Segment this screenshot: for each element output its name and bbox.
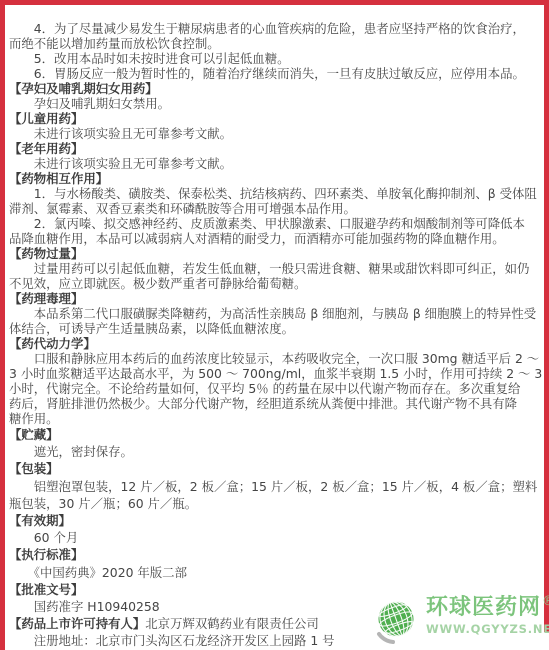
logo-name: 环球医药网: [426, 596, 541, 620]
document-line: 未进行该项实验且无可靠参考文献。: [9, 156, 539, 171]
section-heading: 【包装】: [9, 461, 59, 476]
document-line: 3 小时血浆糖适平达最高水平，为 500 ～ 700ng/ml，血浆半衰期 1.…: [9, 366, 539, 381]
document-line: 品降血糖作用，本品可以减弱病人对酒精的耐受力，而酒精亦可能加强药物的降血糖作用。: [9, 231, 539, 246]
document-line: 未进行该项实验且无可靠参考文献。: [9, 126, 539, 141]
document-line: 【药理毒理】: [9, 291, 539, 306]
document-line: 【老年用药】: [9, 141, 539, 156]
document-lines: 4．为了尽量减少易发生于糖尿病患者的心血管疾病的危险，患者应坚持严格的饮食治疗，…: [9, 21, 539, 650]
document-line: 6．胃肠反应一般为暂时性的，随着治疗继续而消失，一旦有皮肤过敏反应，应停用本品。: [9, 66, 539, 81]
section-heading: 【药品上市许可持有人】: [9, 616, 145, 631]
registered-trademark-icon: ®: [542, 596, 549, 608]
document-line: 4．为了尽量减少易发生于糖尿病患者的心血管疾病的危险，患者应坚持严格的饮食治疗，: [9, 21, 539, 36]
section-heading: 【批准文号】: [9, 582, 83, 597]
document-line: 药后，肾脏排泄仍然极少。大部分代谢产物，经胆道系统从粪便中排泄。其代谢产物不具有…: [9, 396, 539, 411]
document-line: 铝塑泡罩包装，12 片／板，2 板／盒；15 片／板，2 板／盒；15 片／板，…: [9, 478, 539, 495]
document-line: 体结合，可诱导产生适量胰岛素，以降低血糖浓度。: [9, 321, 539, 336]
logo-url: WWW.QGYYZS.NET: [426, 622, 549, 636]
document-line: 不见效，应立即就医。极少数严重者可静脉给葡萄糖。: [9, 276, 539, 291]
document-line: 【孕妇及哺乳期妇女用药】: [9, 81, 539, 96]
document-line: 而绝不能以增加药量而放松饮食控制。: [9, 36, 539, 51]
document-line: 【药物过量】: [9, 246, 539, 261]
document-line: 过量用药可以引起低血糖，若发生低血糖，一般只需进食糖、糖果或甜饮料即可纠正，如仍: [9, 261, 539, 276]
document-line: 【儿童用药】: [9, 111, 539, 126]
section-heading: 【儿童用药】: [9, 111, 83, 126]
document-line: 【药物相互作用】: [9, 171, 539, 186]
page-border-left: [0, 0, 5, 650]
document-line: 瓶包装，30 片／瓶；60 片／瓶。: [9, 495, 539, 512]
document-line: 【药代动力学】: [9, 336, 539, 351]
document-line: 口服和静脉应用本药后的血药浓度比较显示，本药吸收完全，一次口服 30mg 糖适平…: [9, 351, 539, 366]
page-border-right: [544, 0, 549, 632]
document-line: 遮光，密封保存。: [9, 443, 539, 460]
globe-icon: [372, 597, 420, 647]
section-heading: 【执行标准】: [9, 547, 83, 562]
document-line: 《中国药典》2020 年版二部: [9, 564, 539, 581]
section-heading: 【贮藏】: [9, 427, 59, 442]
section-heading: 【药物相互作用】: [9, 171, 108, 186]
document-line: 滞剂、氯霉素、双香豆素类和环磷酰胺等合用可增强本品作用。: [9, 201, 539, 216]
document-line: 【执行标准】: [9, 546, 539, 563]
qgyyzs-watermark-logo: 环球医药网 ® WWW.QGYYZS.NET: [372, 596, 546, 648]
document-line: 【包装】: [9, 460, 539, 477]
logo-text-block: 环球医药网 ® WWW.QGYYZS.NET: [426, 596, 549, 636]
document-line: 60 个月: [9, 529, 539, 546]
document-line: 【有效期】: [9, 512, 539, 529]
section-heading: 【药代动力学】: [9, 336, 96, 351]
section-heading: 【药理毒理】: [9, 291, 83, 306]
document-line: 小时，代谢完全。不论给药量如何，仅平均 5％ 的药量在尿中以代谢产物而存在。多次…: [9, 381, 539, 396]
document-line: 5．改用本品时如未按时进食可以引起低血糖。: [9, 51, 539, 66]
section-heading: 【药物过量】: [9, 246, 83, 261]
document-line: 糖作用。: [9, 411, 539, 426]
document-line: 【贮藏】: [9, 426, 539, 443]
document-line: 2．氯丙嗪、拟交感神经药、皮质激素类、甲状腺激素、口服避孕药和烟酸制剂等可降低本: [9, 216, 539, 231]
section-heading: 【孕妇及哺乳期妇女用药】: [9, 81, 158, 96]
drug-insert-page: 4．为了尽量减少易发生于糖尿病患者的心血管疾病的危险，患者应坚持严格的饮食治疗，…: [0, 0, 549, 650]
document-line: 孕妇及哺乳期妇女禁用。: [9, 96, 539, 111]
section-heading: 【有效期】: [9, 513, 71, 528]
section-heading: 【老年用药】: [9, 141, 83, 156]
document-line: 1．与水杨酸类、磺胺类、保泰松类、抗结核病药、四环素类、单胺氧化酶抑制剂、β 受…: [9, 186, 539, 201]
page-border-top: [0, 0, 549, 5]
document-line: 本品系第二代口服磺脲类降糖药，为高活性亲胰岛 β 细胞剂，与胰岛 β 细胞膜上的…: [9, 306, 539, 321]
